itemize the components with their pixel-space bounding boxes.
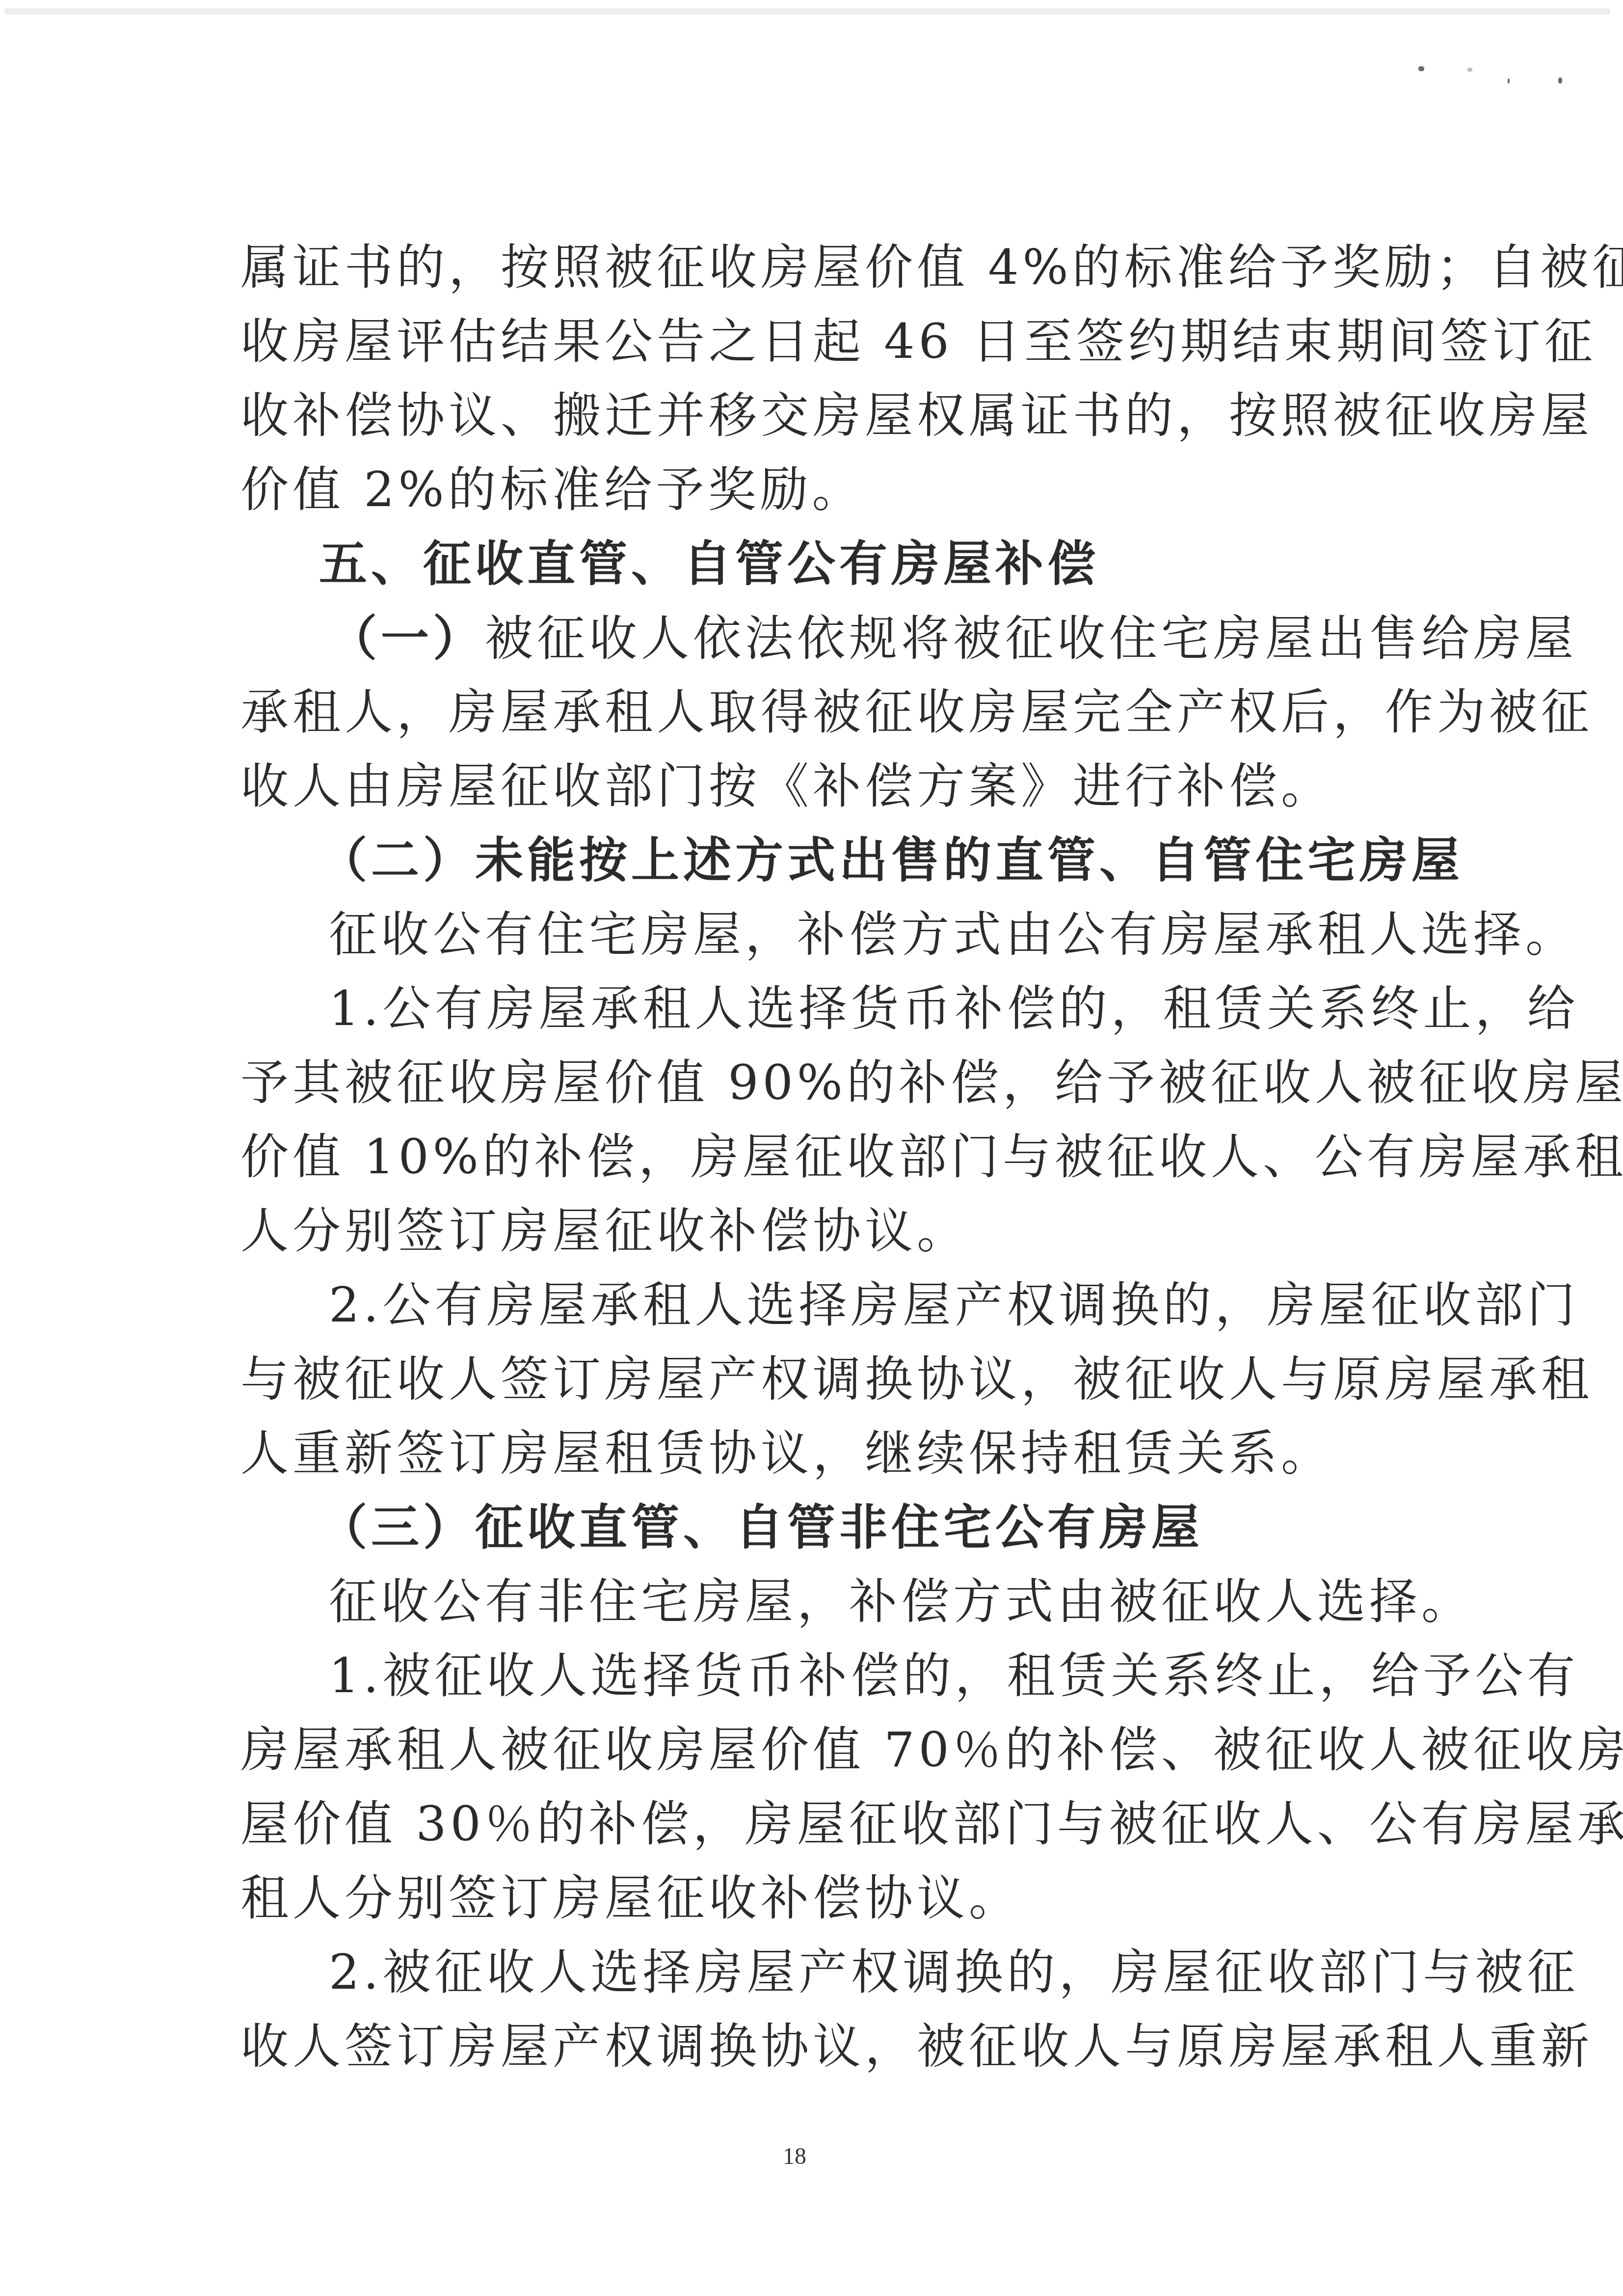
paragraph-line: 收房屋评估结果公告之日起 46 日至签约期结束期间签订征 [240, 305, 1384, 379]
item-number: （一） [329, 610, 485, 667]
paragraph-line: 收补偿协议、搬迁并移交房屋权属证书的，按照被征收房屋 [240, 379, 1384, 453]
scan-edge-band [5, 8, 1610, 14]
document-body: 属证书的，按照被征收房屋价值 4%的标准给予奖励；自被征收房屋评估结果公告之日起… [240, 231, 1384, 2084]
paragraph-line: 2.公有房屋承租人选择房屋产权调换的，房屋征收部门 [240, 1269, 1384, 1343]
section-heading: （三）征收直管、自管非住宅公有房屋 [240, 1491, 1384, 1565]
paragraph-line: 1.被征收人选择货币补偿的，租赁关系终止，给予公有 [240, 1639, 1384, 1713]
paragraph-line: 租人分别签订房屋征收补偿协议。 [240, 1862, 1384, 1936]
paragraph-line: 价值 10%的补偿，房屋征收部门与被征收人、公有房屋承租 [240, 1120, 1384, 1194]
paragraph-line: 属证书的，按照被征收房屋价值 4%的标准给予奖励；自被征 [240, 231, 1384, 305]
paragraph-line: 屋价值 30％的补偿，房屋征收部门与被征收人、公有房屋承 [240, 1787, 1384, 1862]
page-number: 18 [783, 2143, 806, 2170]
item-text: 被征收人依法依规将被征收住宅房屋出售给房屋 [485, 611, 1577, 667]
paragraph-line: 征收公有非住宅房屋，补偿方式由被征收人选择。 [240, 1565, 1384, 1639]
document-page: 属证书的，按照被征收房屋价值 4%的标准给予奖励；自被征收房屋评估结果公告之日起… [0, 0, 1623, 2296]
scan-specks [1418, 64, 1590, 93]
section-heading: （二）未能按上述方式出售的直管、自管住宅房屋 [240, 824, 1384, 898]
paragraph-line: 价值 2%的标准给予奖励。 [240, 453, 1384, 527]
paragraph-line: 予其被征收房屋价值 90%的补偿，给予被征收人被征收房屋 [240, 1046, 1384, 1120]
paragraph-line: 收人签订房屋产权调换协议，被征收人与原房屋承租人重新 [240, 2010, 1384, 2084]
paragraph-line: 征收公有住宅房屋，补偿方式由公有房屋承租人选择。 [240, 898, 1384, 972]
section-heading: 五、征收直管、自管公有房屋补偿 [240, 527, 1384, 601]
paragraph-line: 人重新签订房屋租赁协议，继续保持租赁关系。 [240, 1417, 1384, 1491]
paragraph-line: 1.公有房屋承租人选择货币补偿的，租赁关系终止，给 [240, 972, 1384, 1046]
paragraph-line: 人分别签订房屋征收补偿协议。 [240, 1194, 1384, 1269]
paragraph-line: 收人由房屋征收部门按《补偿方案》进行补偿。 [240, 750, 1384, 824]
paragraph-line: 与被征收人签订房屋产权调换协议，被征收人与原房屋承租 [240, 1343, 1384, 1417]
paragraph-line: 2.被征收人选择房屋产权调换的，房屋征收部门与被征 [240, 1936, 1384, 2010]
paragraph-line: 承租人，房屋承租人取得被征收房屋完全产权后，作为被征 [240, 675, 1384, 750]
paragraph-line: （一）被征收人依法依规将被征收住宅房屋出售给房屋 [240, 601, 1384, 675]
paragraph-line: 房屋承租人被征收房屋价值 70％的补偿、被征收人被征收房 [240, 1713, 1384, 1787]
